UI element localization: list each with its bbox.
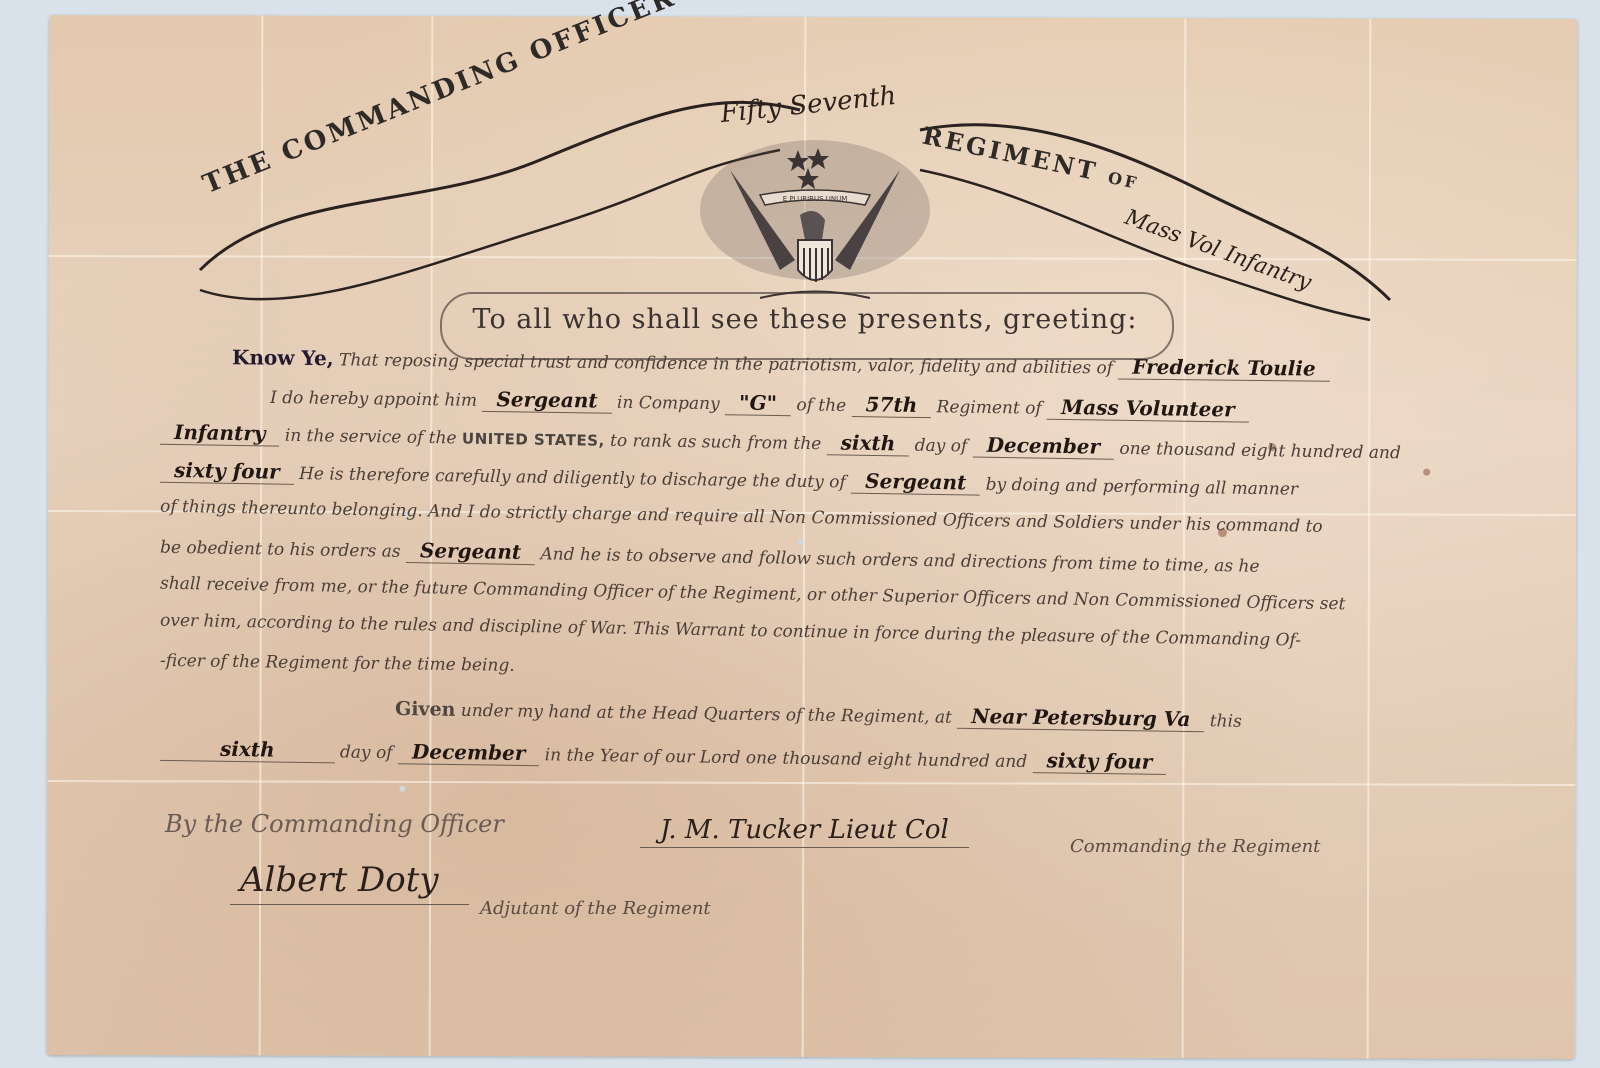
adjutant-title: Adjutant of the Regiment (480, 898, 711, 919)
place-field: Near Petersburg Va (957, 704, 1204, 732)
commander-signature: J. M. Tucker Lieut Col (640, 815, 969, 848)
by-commanding-officer: By the Commanding Officer (165, 810, 504, 838)
recipient-name: Frederick Toulie (1118, 354, 1330, 381)
body-text: be obedient to his orders as (160, 538, 401, 562)
regiment-field: 57th (851, 392, 931, 418)
ink-stain (1423, 469, 1430, 476)
given-month-field: December (398, 739, 540, 766)
commander-title: Commanding the Regiment (1070, 836, 1320, 857)
emblem-motto: E PLURIBUS UNUM (783, 195, 848, 203)
know-ye-heading: Know Ye, (232, 345, 334, 370)
given-year-field: sixty four (1032, 748, 1166, 775)
body-text: in Company (617, 393, 720, 414)
obedience-rank-field: Sergeant (406, 538, 536, 565)
body-text: in the service of the (285, 426, 457, 449)
given-day-field: sixth (160, 736, 335, 763)
company-field: "G" (725, 390, 791, 416)
body-text: Regiment of (936, 397, 1041, 418)
body-text: I do hereby appoint him (270, 388, 477, 411)
header-of-word: OF (1106, 168, 1141, 193)
body-text: day of (915, 436, 968, 457)
body-text: to rank as such from the (610, 431, 822, 454)
body-text: day of (340, 742, 393, 763)
rank-year-field: sixty four (160, 458, 294, 485)
adjutant-signature: Albert Doty (230, 860, 469, 905)
rank-month-field: December (972, 433, 1114, 460)
rank-day-field: sixth (827, 430, 910, 456)
greeting-text: To all who shall see these presents, gre… (455, 304, 1155, 354)
body-text: this (1210, 711, 1242, 731)
state-field: Mass Volunteer (1047, 395, 1249, 423)
rank-field: Sergeant (482, 387, 611, 414)
duty-rank-field: Sergeant (851, 469, 981, 496)
given-heading: Given (395, 698, 456, 721)
body-text: of the (796, 395, 846, 416)
united-states-text: UNITED STATES, (462, 430, 605, 450)
fold-line (47, 780, 1575, 786)
arm-field: Infantry (160, 420, 280, 447)
eagle-emblem-icon: E PLURIBUS UNUM (700, 130, 930, 310)
pin-hole (399, 786, 405, 792)
